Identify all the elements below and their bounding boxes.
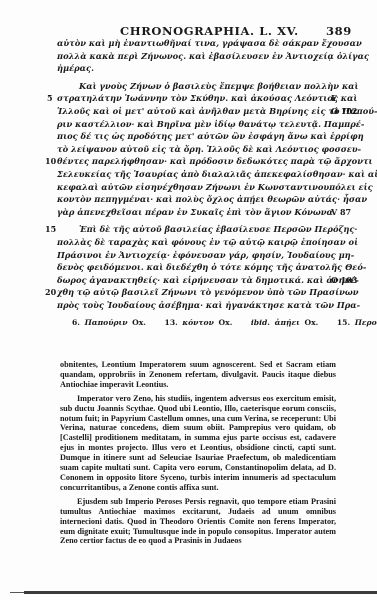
greek-line-text: χθη τῷ αὐτῷ βασιλεῖ Ζήνωνι τὸ γενόμενον … [57,287,359,297]
margin-reference: O 103 [331,274,357,287]
greek-line-text: πιος δέ τις ὡς προδότης μετ' αὐτῶν ὢν ἐσ… [57,131,364,141]
greek-line-text: Πράσινοι ἐν Ἀντιοχείᾳ· ἐφόνευσαν γάρ, φη… [57,250,354,260]
greek-line: Καὶ γνοὺς Ζήνων ὁ βασιλεὺς ἔπεμψε βοήθει… [57,80,337,93]
greek-line: πιος δέ τις ὡς προδότης μετ' αὐτῶν ὢν ἐσ… [57,130,337,143]
greek-line-text: δωρος ἀγανακτηθείς· καὶ εἰρήνευσαν τὰ δη… [57,275,359,285]
latin-paragraph: Ejusdem sub Imperio Peroses Persis regna… [60,497,336,547]
bottom-rule [24,591,377,594]
greek-line: πρὸς τοὺς Ἰουδαίους ἀσέβημα· καὶ ἠγανάκτ… [57,299,337,312]
greek-line-text: ριν καστέλλιον· καὶ Βηρῖνα μὲν ἰδίῳ θανά… [57,119,364,129]
line-number: 20 [45,286,56,299]
latin-translation: obnitentes, Leontium Imperatorem suum ag… [60,360,336,550]
greek-line: τὸ λείψανον αὐτοῦ εἰς τὰ ὄρη. Ἰλλοῦς δὲ … [57,143,337,156]
page-number: 389 [326,24,352,38]
greek-line: ἡμέρας. [57,62,337,75]
greek-line-text: πολλὰς δὲ ταραχὰς καὶ φόνους ἐν τῷ αὐτῷ … [57,237,358,247]
margin-reference: V 87 [331,206,351,219]
greek-line-text: Καὶ γνοὺς Ζήνων ὁ βασιλεὺς ἔπεμψε βοήθει… [79,81,359,91]
greek-line-text: πολλὰ κακὰ περὶ Ζήνωνος. καὶ ἐβασίλευσεν… [57,51,369,61]
greek-line: Σελευκείας τῆς Ἰσαυρίας ἀπὸ διαλαλιᾶς ἀπ… [57,168,337,181]
latin-paragraph: Imperator vero Zeno, his studiis, ingent… [60,394,336,493]
margin-reference: E [331,92,337,105]
note-3: ibid. ἀπῄει Ox. [251,318,318,327]
greek-line-text: πρὸς τοὺς Ἰουδαίους ἀσέβημα· καὶ ἠγανάκτ… [57,300,360,310]
greek-line: δενὸς φειδόμενοι. καὶ διεδέχθη ὁ τότε κό… [57,261,337,274]
greek-line-text: δενὸς φειδόμενοι. καὶ διεδέχθη ὁ τότε κό… [57,262,366,272]
greek-line: κεφαλαὶ αὐτῶν εἰσηνέχθησαν Ζήνωνι ἐν Κων… [57,181,337,194]
greek-line: 10θέντες παρελήφθησαν· καὶ πρόδοσιν δεδω… [57,155,337,168]
greek-line-text: θέντες παρελήφθησαν· καὶ πρόδοσιν δεδωκό… [57,156,373,166]
greek-line: δωρος ἀγανακτηθείς· καὶ εἰρήνευσαν τὰ δη… [57,274,337,287]
book-page: CHRONOGRAPHIA. L. XV. 389 αὐτὸν καὶ μὴ ἐ… [0,0,377,600]
greek-line-text: κοντὸν πεπηγμέναι· καὶ πολὺς ὄχλος ἀπῄει… [57,194,367,204]
greek-line-text: τὸ λείψανον αὐτοῦ εἰς τὰ ὄρη. Ἰλλοῦς δὲ … [57,144,361,154]
greek-line: 15Ἐπὶ δὲ τῆς αὐτοῦ βασιλείας ἐβασίλευσε … [57,223,337,236]
greek-line: πολλὰς δὲ ταραχὰς καὶ φόνους ἐν τῷ αὐτῷ … [57,236,337,249]
greek-line: πολλὰ κακὰ περὶ Ζήνωνος. καὶ ἐβασίλευσεν… [57,50,337,63]
critical-apparatus: 6. Παπούριν Ox. 13. κόντον Ox. ibid. ἀπῄ… [72,318,377,327]
line-number: 15 [45,223,56,236]
greek-line: ριν καστέλλιον· καὶ Βηρῖνα μὲν ἰδίῳ θανά… [57,118,337,131]
greek-line: 20χθη τῷ αὐτῷ βασιλεῖ Ζήνωνι τὸ γενόμενο… [57,286,337,299]
greek-line-text: ἡμέρας. [57,63,94,73]
note-4: 15. Περοζῆς Ox. [337,318,377,327]
latin-paragraph: obnitentes, Leontium Imperatorem suum ag… [60,360,336,390]
greek-line: Πράσινοι ἐν Ἀντιοχείᾳ· ἐφόνευσαν γάρ, φη… [57,249,337,262]
greek-line: αὐτὸν καὶ μὴ ἐναντιωθῆναί τινα, γράψασα … [57,37,337,50]
greek-text-block: αὐτὸν καὶ μὴ ἐναντιωθῆναί τινα, γράψασα … [57,37,337,311]
running-title: CHRONOGRAPHIA. L. XV. [120,24,299,38]
greek-line: Ἰλλοῦς καὶ οἱ μετ' αὐτοῦ καὶ ἀνῆλθαν μετ… [57,105,337,118]
greek-line-text: στρατηλάτην Ἰωάννην τὸν Σκύθην. καὶ ἀκού… [57,93,357,103]
greek-line-text: Ἰλλοῦς καὶ οἱ μετ' αὐτοῦ καὶ ἀνῆλθαν μετ… [57,106,377,116]
line-number: 5 [47,92,53,105]
greek-line-text: γὰρ ἀπενεχθεῖσαι πέραν ἐν Συκαῖς ἐπὶ τὸν… [57,207,336,217]
greek-line-text: αὐτὸν καὶ μὴ ἐναντιωθῆναί τινα, γράψασα … [57,38,362,48]
margin-reference: O 102 [331,105,357,118]
line-number: 10 [45,155,56,168]
greek-line-text: Ἐπὶ δὲ τῆς αὐτοῦ βασιλείας ἐβασίλευσε Πε… [79,224,357,234]
note-1: 6. Παπούριν Ox. [72,318,146,327]
greek-line-text: κεφαλαὶ αὐτῶν εἰσηνέχθησαν Ζήνωνι ἐν Κων… [57,182,373,192]
greek-line: γὰρ ἀπενεχθεῖσαι πέραν ἐν Συκαῖς ἐπὶ τὸν… [57,206,337,219]
greek-line: κοντὸν πεπηγμέναι· καὶ πολὺς ὄχλος ἀπῄει… [57,193,337,206]
note-2: 13. κόντον Ox. [165,318,233,327]
greek-line: 5στρατηλάτην Ἰωάννην τὸν Σκύθην. καὶ ἀκο… [57,92,337,105]
greek-line-text: Σελευκείας τῆς Ἰσαυρίας ἀπὸ διαλαλιᾶς ἀπ… [57,169,377,179]
